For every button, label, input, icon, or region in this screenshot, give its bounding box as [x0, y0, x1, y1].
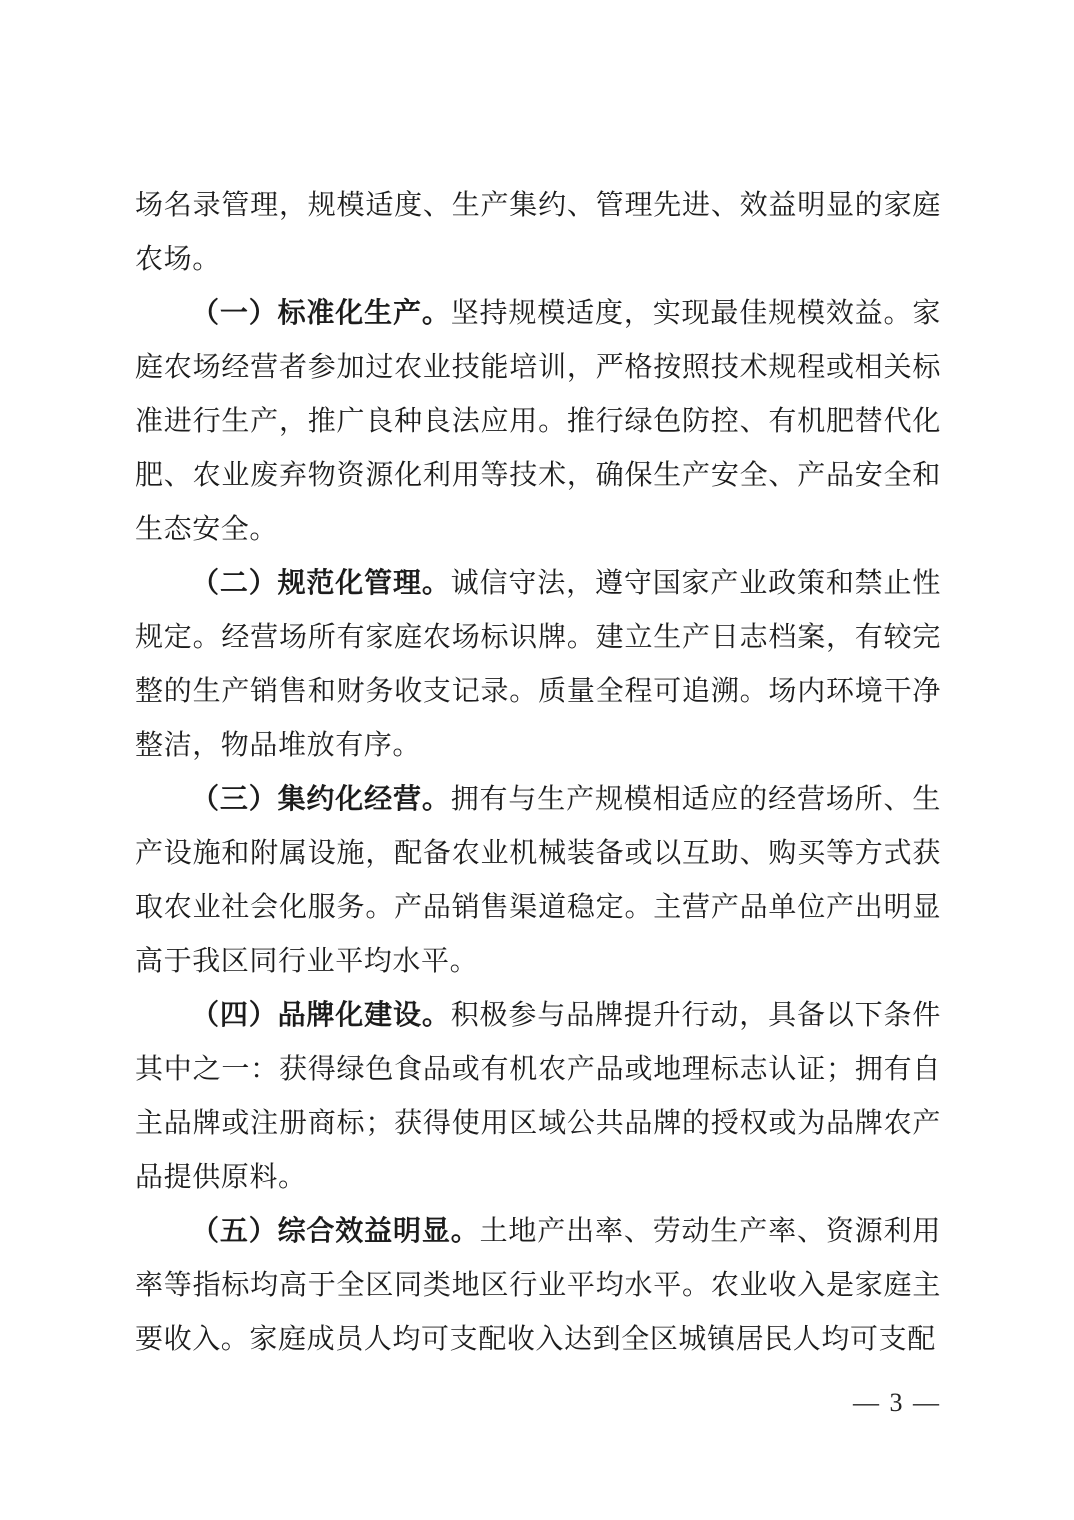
section-body: 场名录管理，规模适度、生产集约、管理先进、效益明显的家庭农场。: [135, 190, 941, 275]
page-number: — 3 —: [0, 1388, 941, 1418]
paragraph-continuation: 场名录管理，规模适度、生产集约、管理先进、效益明显的家庭农场。: [135, 179, 941, 287]
section-heading: （二）规范化管理。: [191, 568, 451, 599]
section-heading: （五）综合效益明显。: [191, 1216, 480, 1247]
paragraph-item-2: （二）规范化管理。诚信守法，遵守国家产业政策和禁止性规定。经营场所有家庭农场标识…: [135, 557, 941, 773]
section-heading: （三）集约化经营。: [191, 784, 451, 815]
paragraph-item-1: （一）标准化生产。坚持规模适度，实现最佳规模效益。家庭农场经营者参加过农业技能培…: [135, 287, 941, 557]
section-heading: （一）标准化生产。: [191, 298, 451, 329]
document-page: 场名录管理，规模适度、生产集约、管理先进、效益明显的家庭农场。 （一）标准化生产…: [0, 0, 1074, 1520]
paragraph-item-3: （三）集约化经营。拥有与生产规模相适应的经营场所、生产设施和附属设施，配备农业机…: [135, 773, 941, 989]
paragraph-item-4: （四）品牌化建设。积极参与品牌提升行动，具备以下条件其中之一：获得绿色食品或有机…: [135, 989, 941, 1205]
section-body: 坚持规模适度，实现最佳规模效益。家庭农场经营者参加过农业技能培训，严格按照技术规…: [135, 298, 941, 545]
section-heading: （四）品牌化建设。: [191, 1000, 451, 1031]
paragraph-item-5: （五）综合效益明显。土地产出率、劳动生产率、资源利用率等指标均高于全区同类地区行…: [135, 1205, 941, 1367]
document-body: 场名录管理，规模适度、生产集约、管理先进、效益明显的家庭农场。 （一）标准化生产…: [135, 179, 941, 1367]
